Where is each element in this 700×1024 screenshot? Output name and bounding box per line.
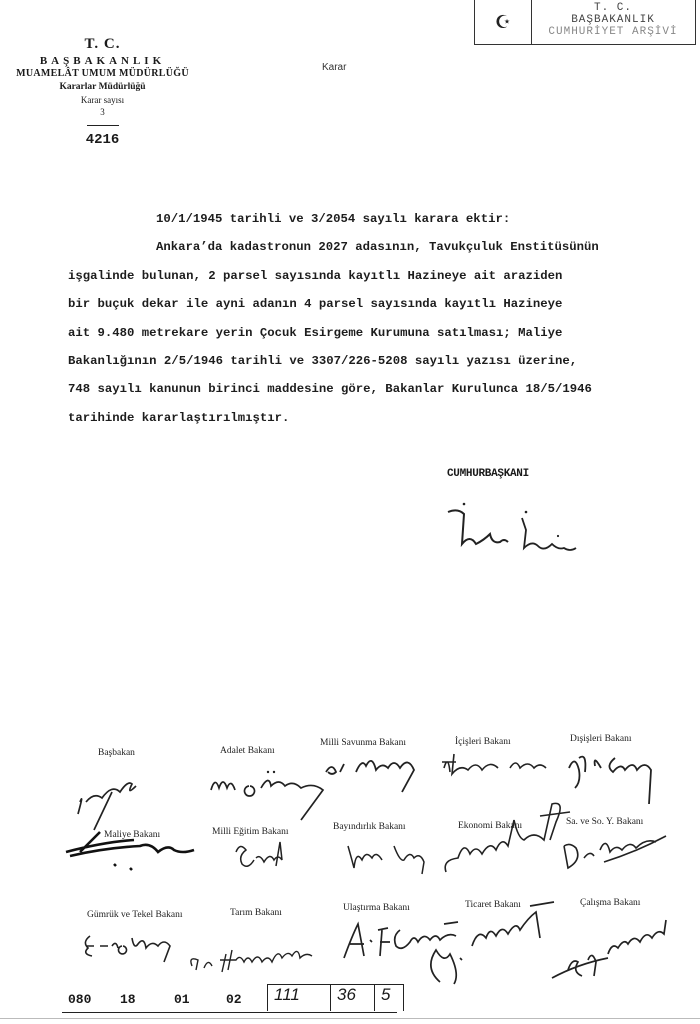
body-line: 10/1/1945 tarihli ve 3/2054 sayılı karar… (90, 205, 670, 233)
decision-body: 10/1/1945 tarihli ve 3/2054 sayılı karar… (90, 205, 670, 432)
letterhead-tc: T. C. (0, 36, 205, 53)
crescent-star-icon: ☪ (475, 0, 532, 44)
signature-icisleri (440, 750, 550, 790)
president-signature (440, 500, 590, 560)
minister-title: Çalışma Bakanı (580, 898, 640, 908)
signature-gumruk (80, 928, 180, 968)
registry-number: 4216 (0, 132, 205, 148)
signature-disisleri (565, 748, 675, 808)
decision-number-label: Karar sayısı (0, 95, 205, 105)
body-line: 748 sayılı kanunun birinci maddesine gör… (68, 375, 670, 403)
minister-title: Başbakan (98, 748, 135, 758)
body-line: işgalinde bulunan, 2 parsel sayısında ka… (68, 262, 670, 290)
signature-tarim (182, 936, 342, 976)
header-divider (87, 125, 119, 126)
body-line: ait 9.480 metrekare yerin Çocuk Esirgeme… (68, 319, 670, 347)
signature-bayindirlik (344, 838, 434, 878)
document-type: Karar (322, 62, 346, 73)
archive-code-box: 111 (267, 984, 334, 1011)
body-line: Bakanlığının 2/5/1946 tarihli ve 3307/22… (68, 347, 670, 375)
minister-title: İçişleri Bakanı (455, 737, 511, 747)
letterhead-office: BAŞBAKANLIK (0, 55, 205, 68)
minister-title: Dışişleri Bakanı (570, 734, 631, 744)
signature-basbakan (72, 762, 162, 832)
minister-title: Ulaştırma Bakanı (343, 903, 410, 913)
archive-code-box: 36 (330, 984, 379, 1011)
stamp-line-1: T. C. (533, 2, 693, 14)
president-title: CUMHURBAŞKANI (447, 468, 529, 480)
body-line: Ankara’da kadastronun 2027 adasının, Tav… (90, 233, 670, 261)
letterhead-department: MUAMELÂT UMUM MÜDÜRLÜĞÜ (0, 68, 205, 80)
letterhead: T. C. BAŞBAKANLIK MUAMELÂT UMUM MÜDÜRLÜĞ… (0, 36, 205, 148)
archive-code-part: 080 (68, 992, 91, 1007)
archive-code-strip: 080 18 01 02 111 36 5 (62, 990, 397, 1013)
signature-maliye (64, 828, 204, 878)
signature-ticaret (420, 898, 560, 988)
minister-title: Tarım Bakanı (230, 908, 282, 918)
stamp-line-2: BAŞBAKANLIK (533, 14, 693, 26)
signature-saglik (556, 826, 676, 876)
signature-milli-egitim (230, 838, 300, 888)
archive-code-part: 01 (174, 992, 190, 1007)
body-line: bir buçuk dekar ile ayni adanın 4 parsel… (68, 290, 670, 318)
minister-title: Milli Eğitim Bakanı (212, 827, 289, 837)
decision-number-value: 3 (0, 107, 205, 117)
body-line: tarihinde kararlaştırılmıştır. (68, 404, 670, 432)
minister-title: Milli Savunma Bakanı (320, 738, 406, 748)
page-edge (0, 1018, 700, 1019)
minister-title: Adalet Bakanı (220, 746, 275, 756)
stamp-text: T. C. BAŞBAKANLIK CUMHURİYET ARŞİVİ (533, 2, 693, 38)
signature-calisma (548, 910, 688, 990)
archive-code-box: 5 (374, 984, 404, 1011)
archive-code-part: 18 (120, 992, 136, 1007)
signature-milli-savunma (322, 752, 452, 802)
minister-title: Gümrük ve Tekel Bakanı (87, 910, 182, 920)
archive-stamp: ☪ T. C. BAŞBAKANLIK CUMHURİYET ARŞİVİ (474, 0, 696, 45)
archive-code-part: 02 (226, 992, 242, 1007)
stamp-line-3: CUMHURİYET ARŞİVİ (533, 26, 693, 38)
letterhead-directorate: Kararlar Müdürlüğü (0, 82, 205, 93)
